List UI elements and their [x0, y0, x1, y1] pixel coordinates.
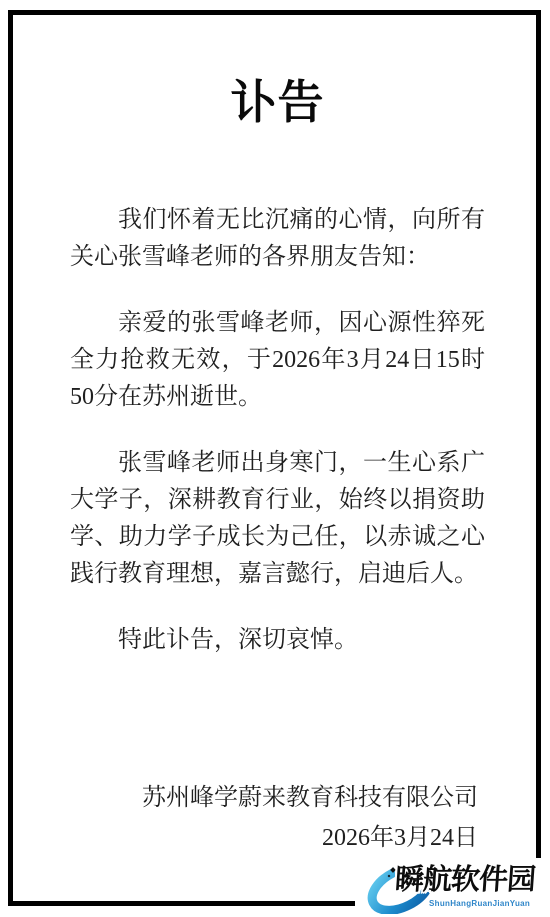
notice-paragraph-4: 特此讣告，深切哀悼。 [70, 622, 485, 659]
notice-paragraph-1: 我们怀着无比沉痛的心情，向所有关心张雪峰老师的各界朋友告知： [70, 202, 485, 276]
document-border: 讣告 我们怀着无比沉痛的心情，向所有关心张雪峰老师的各界朋友告知： 亲爱的张雪峰… [8, 10, 541, 906]
notice-paragraph-2: 亲爱的张雪峰老师，因心源性猝死全力抢救无效，于2026年3月24日15时50分在… [70, 305, 485, 416]
obituary-notice-image: 讣告 我们怀着无比沉痛的心情，向所有关心张雪峰老师的各界朋友告知： 亲爱的张雪峰… [0, 0, 550, 917]
notice-paragraph-3: 张雪峰老师出身寒门，一生心系广大学子，深耕教育行业，始终以捐资助学、助力学子成长… [70, 445, 485, 593]
notice-date: 2026年3月24日 [70, 818, 478, 858]
watermark-romanized: ShunHangRuanJianYuan [429, 899, 530, 908]
signature-block: 苏州峰学蔚来教育科技有限公司 2026年3月24日 [70, 778, 485, 858]
watermark-name: 瞬航软件园 [394, 865, 536, 895]
notice-title: 讣告 [70, 74, 485, 130]
watermark-logo: 瞬航软件园 ShunHangRuanJianYuan [355, 858, 550, 917]
company-name: 苏州峰学蔚来教育科技有限公司 [70, 778, 478, 818]
